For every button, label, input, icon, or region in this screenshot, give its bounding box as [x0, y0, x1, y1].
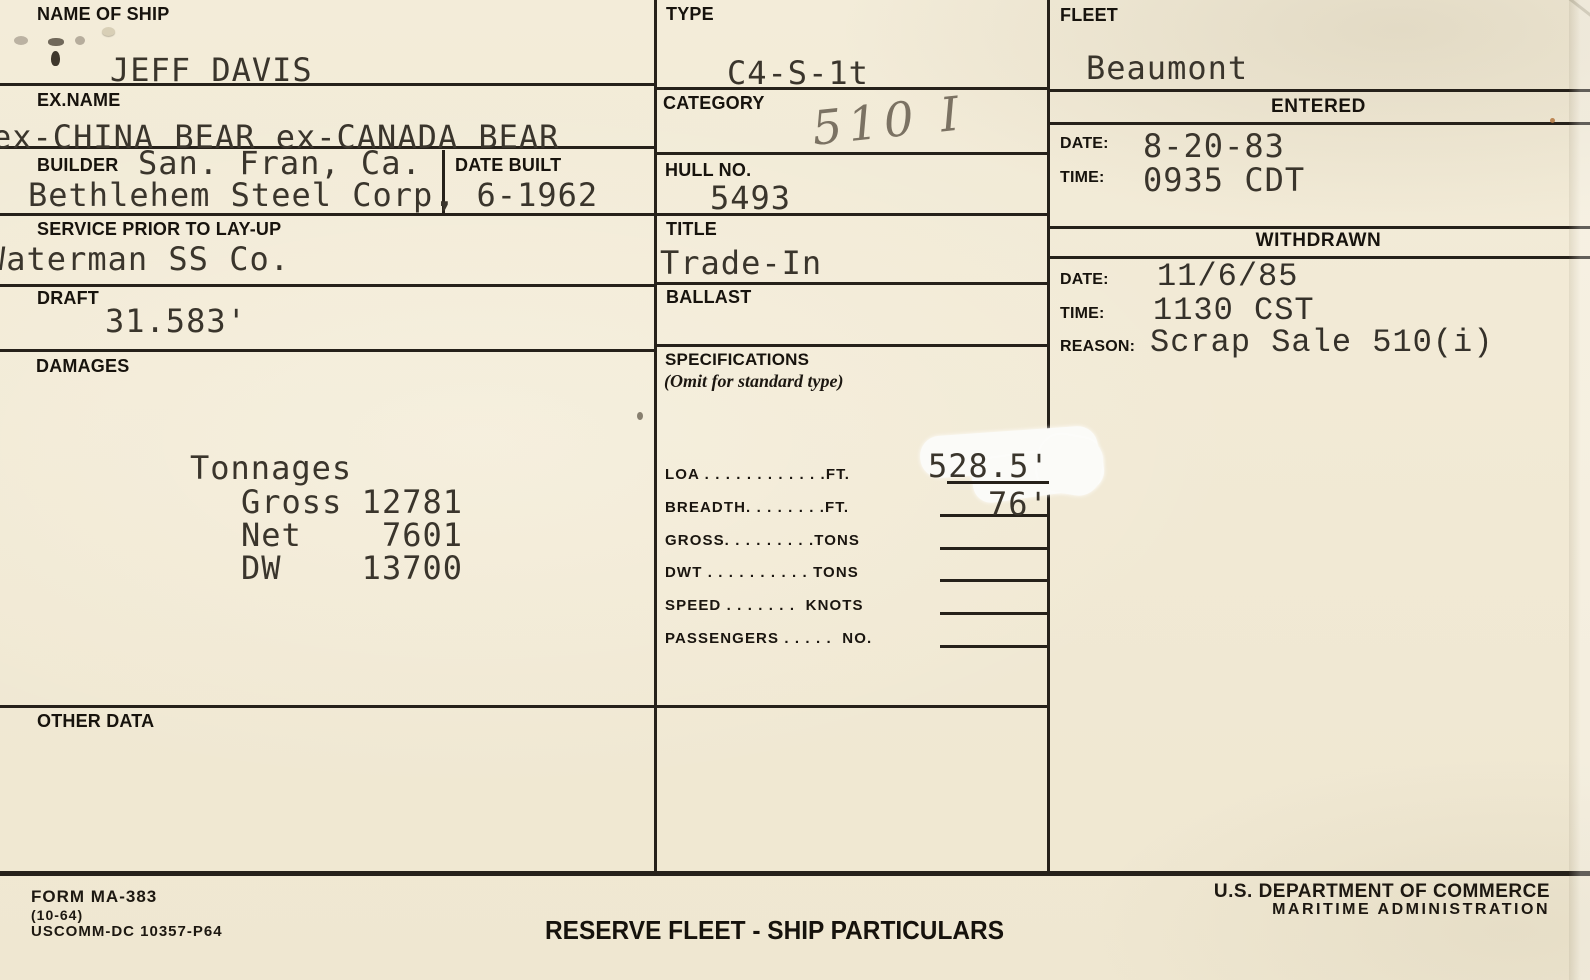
ex-name-label: EX.NAME: [37, 90, 120, 111]
rule-under-withdrawn-header: [1047, 256, 1590, 259]
rule-under-service: [0, 284, 654, 287]
builder-name-value: Bethlehem Steel Corp.: [28, 179, 454, 211]
rule-under-ballast: [654, 344, 1047, 347]
rule-above-withdrawn-header: [1047, 226, 1590, 229]
withdrawn-date-label: DATE:: [1060, 271, 1109, 289]
builder-label: BUILDER: [37, 155, 118, 176]
spec-breadth-value: 76': [988, 488, 1049, 520]
withdrawn-reason-label: REASON:: [1060, 338, 1135, 356]
form-revision: (10-64): [31, 907, 83, 923]
fleet-value: Beaumont: [1086, 52, 1248, 84]
tonnage-row-net: Net7601: [241, 519, 463, 551]
specifications-label: SPECIFICATIONS: [665, 350, 809, 370]
tonnage-row-dw: DW13700: [241, 552, 463, 584]
rule-under-ship-name: [0, 83, 654, 86]
agency-department: U.S. DEPARTMENT OF COMMERCE: [1214, 881, 1550, 903]
damages-label: DAMAGES: [36, 356, 129, 377]
title-value: Trade-In: [660, 247, 822, 279]
hull-no-label: HULL NO.: [665, 160, 751, 181]
entered-date-label: DATE:: [1060, 135, 1109, 153]
service-prior-value: Waterman SS Co.: [0, 243, 290, 275]
ship-particulars-card: NAME OF SHIP TYPE FLEET EX.NAME CATEGORY…: [0, 0, 1590, 980]
withdrawn-header: WITHDRAWN: [1047, 230, 1590, 252]
builder-city-value: San. Fran, Ca.: [138, 147, 422, 179]
draft-value: 31.583': [105, 305, 247, 337]
withdrawn-reason-value: Scrap Sale 510(i): [1150, 327, 1493, 359]
tonnage-value: 13700: [362, 552, 463, 584]
fleet-label: FLEET: [1060, 5, 1118, 26]
entered-time-value: 0935 CDT: [1143, 164, 1305, 196]
rule-under-title: [654, 282, 1047, 285]
spec-dwt-line: [940, 579, 1049, 582]
rule-above-other-data: [0, 705, 1050, 708]
ink-blot: [51, 51, 60, 66]
withdrawn-time-label: TIME:: [1060, 305, 1105, 323]
name-of-ship-label: NAME OF SHIP: [37, 4, 169, 25]
ballast-label: BALLAST: [666, 287, 751, 308]
spec-gross-label: GROSS. . . . . . . . .TONS: [665, 532, 860, 549]
tonnage-name: DW: [241, 552, 282, 584]
paper-blemish: [102, 27, 115, 36]
category-handwritten-value: 510 I: [810, 90, 967, 153]
ink-smudge: [48, 38, 64, 46]
spec-speed-line: [940, 612, 1049, 615]
card-bottom-border: [0, 871, 1590, 876]
ink-smudge: [75, 36, 85, 45]
form-print-code: USCOMM-DC 10357-P64: [31, 923, 223, 940]
withdrawn-date-value: 11/6/85: [1157, 261, 1298, 293]
rule-under-entered-header: [1047, 122, 1590, 125]
spec-breadth-label: BREADTH. . . . . . . .FT.: [665, 499, 849, 516]
spec-dwt-label: DWT . . . . . . . . . . TONS: [665, 564, 859, 581]
other-data-label: OTHER DATA: [37, 711, 154, 732]
withdrawn-time-value: 1130 CST: [1153, 295, 1315, 327]
tonnage-value: 12781: [362, 486, 463, 518]
title-label: TITLE: [666, 219, 717, 240]
draft-label: DRAFT: [37, 288, 99, 309]
agency-administration: MARITIME ADMINISTRATION: [1272, 901, 1550, 919]
entered-time-label: TIME:: [1060, 169, 1105, 187]
spec-speed-label: SPEED . . . . . . . KNOTS: [665, 597, 864, 614]
divider-left-middle: [654, 0, 657, 872]
card-right-edge: [1569, 0, 1590, 980]
spec-loa-label: LOA . . . . . . . . . . . .FT.: [665, 466, 850, 483]
type-label: TYPE: [666, 4, 714, 25]
tonnage-name: Net: [241, 519, 302, 551]
spec-gross-line: [940, 547, 1049, 550]
type-value: C4-S-1t: [727, 57, 869, 89]
hull-no-value: 5493: [710, 182, 791, 214]
date-built-value: , 6-1962: [436, 179, 598, 211]
form-number: FORM MA-383: [31, 887, 157, 907]
spec-passengers-label: PASSENGERS . . . . . NO.: [665, 630, 872, 647]
tonnage-value: 7601: [382, 519, 463, 551]
category-label: CATEGORY: [663, 93, 765, 114]
paper-speck: [637, 412, 643, 420]
service-prior-label: SERVICE PRIOR TO LAY-UP: [37, 219, 281, 240]
spec-passengers-line: [940, 645, 1049, 648]
specifications-note: (Omit for standard type): [664, 371, 844, 392]
rule-under-draft: [0, 349, 654, 352]
date-built-label: DATE BUILT: [455, 155, 561, 176]
tonnages-heading: Tonnages: [190, 452, 352, 484]
spec-loa-value: 528.5': [928, 450, 1050, 482]
entered-header: ENTERED: [1047, 96, 1590, 118]
tonnage-name: Gross: [241, 486, 342, 518]
paper-speck: [1550, 118, 1555, 123]
tonnage-row-gross: Gross12781: [241, 486, 463, 518]
rule-under-fleet: [1047, 89, 1590, 92]
ship-name-value: JEFF DAVIS: [110, 54, 313, 86]
entered-date-value: 8-20-83: [1143, 130, 1285, 162]
ink-smudge: [14, 36, 28, 45]
card-title: RESERVE FLEET - SHIP PARTICULARS: [545, 915, 1004, 946]
